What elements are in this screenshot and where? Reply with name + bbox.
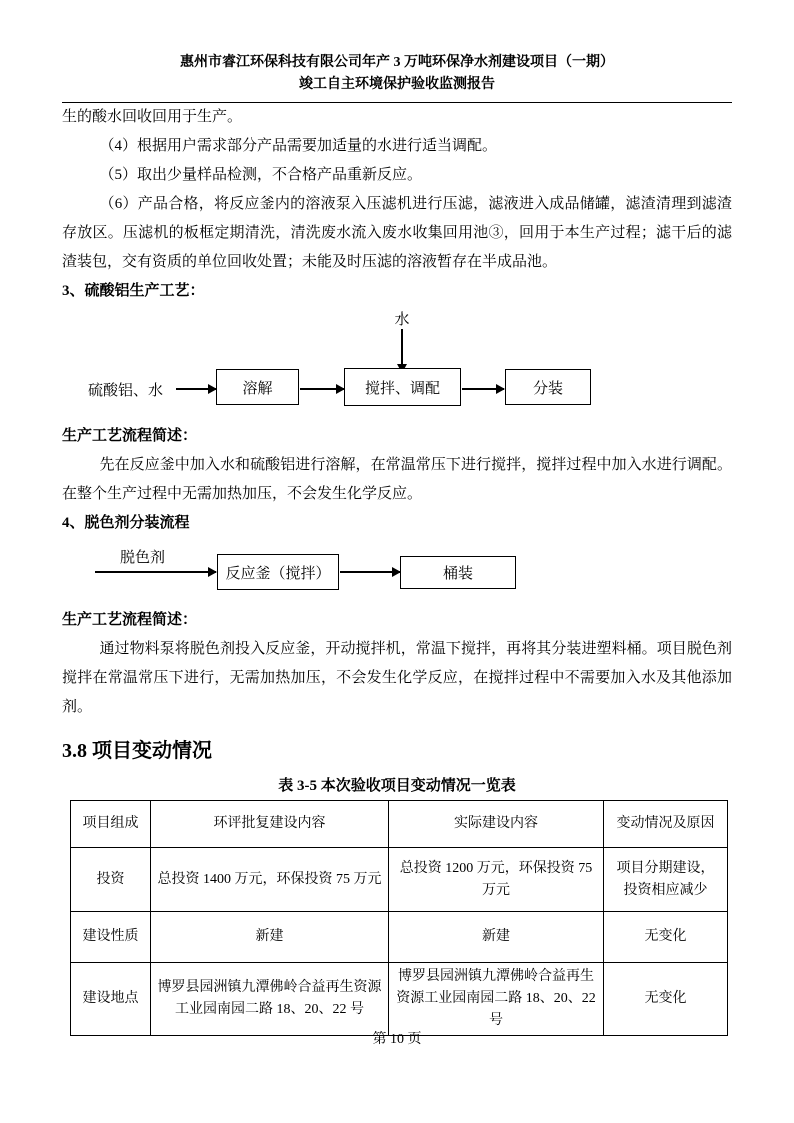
table-header-cell: 环评批复建设内容 [151,801,389,848]
paragraph-continuation: 生的酸水回收回用于生产。 [62,103,732,132]
right-arrow-icon [462,388,504,390]
flow-diagram-decolorizer: 脱色剂 反应釜（搅拌） 桶装 [62,546,732,604]
table-cell: 无变化 [604,912,728,963]
right-arrow-icon [340,571,400,573]
table-row: 建设地点 博罗县园洲镇九潭佛岭合益再生资源工业园南园二路 18、20、22 号 … [71,963,728,1036]
paragraph-item6: （6）产品合格，将反应釜内的溶液泵入压滤机进行压滤，滤液进入成品储罐，滤渣清理到… [62,190,732,277]
change-table: 项目组成 环评批复建设内容 实际建设内容 变动情况及原因 投资 总投资 1400… [70,800,728,1036]
paragraph-item4: （4）根据用户需求部分产品需要加适量的水进行适当调配。 [62,132,732,161]
process-brief-paragraph-2: 通过物料泵将脱色剂投入反应釜，开动搅拌机，常温下搅拌，再将其分装进塑料桶。项目脱… [62,635,732,722]
document-header: 惠州市睿江环保科技有限公司年产 3 万吨环保净水剂建设项目（一期） 竣工自主环境… [62,0,732,103]
table-header-row: 项目组成 环评批复建设内容 实际建设内容 变动情况及原因 [71,801,728,848]
flow-diagram-sulfate: 水 硫酸铝、水 溶解 搅拌、调配 分装 [62,308,732,412]
process-brief-label-1: 生产工艺流程简述： [62,422,732,451]
table-cell: 项目分期建设，投资相应减少 [604,848,728,912]
flow-box-reactor: 反应釜（搅拌） [217,554,339,590]
header-title-line1: 惠州市睿江环保科技有限公司年产 3 万吨环保净水剂建设项目（一期） [62,52,732,74]
flow-box-mix: 搅拌、调配 [344,368,461,406]
table-cell: 无变化 [604,963,728,1036]
table-caption: 表 3-5 本次验收项目变动情况一览表 [62,774,732,795]
flow-input-label: 脱色剂 [120,546,165,567]
table-row: 投资 总投资 1400 万元，环保投资 75 万元 总投资 1200 万元，环保… [71,848,728,912]
flow-box-barrel: 桶装 [400,556,516,589]
page-number: 第 10 页 [0,1028,794,1048]
table-cell: 投资 [71,848,151,912]
down-arrow-icon [401,329,403,365]
table-cell: 建设性质 [71,912,151,963]
table-row: 建设性质 新建 新建 无变化 [71,912,728,963]
table-header-cell: 项目组成 [71,801,151,848]
flow-box-dissolve: 溶解 [216,369,299,405]
table-header-cell: 变动情况及原因 [604,801,728,848]
table-cell: 新建 [389,912,604,963]
table-cell: 总投资 1200 万元，环保投资 75 万元 [389,848,604,912]
process-brief-paragraph-1: 先在反应釜中加入水和硫酸铝进行溶解，在常温常压下进行搅拌，搅拌过程中加入水进行调… [62,451,732,509]
table-cell: 博罗县园洲镇九潭佛岭合益再生资源工业园南园二路 18、20、22 号 [389,963,604,1036]
heading-sulfate-process: 3、硫酸铝生产工艺： [62,277,732,306]
paragraph-item5: （5）取出少量样品检测，不合格产品重新反应。 [62,161,732,190]
table-cell: 新建 [151,912,389,963]
section-heading-3-8: 3.8 项目变动情况 [62,736,732,766]
page-content: 惠州市睿江环保科技有限公司年产 3 万吨环保净水剂建设项目（一期） 竣工自主环境… [62,0,732,1036]
right-arrow-icon [176,388,216,390]
heading-decolorizer-process: 4、脱色剂分装流程 [62,509,732,538]
right-arrow-icon [95,571,216,573]
table-cell: 建设地点 [71,963,151,1036]
right-arrow-icon [300,388,344,390]
table-header-cell: 实际建设内容 [389,801,604,848]
process-brief-label-2: 生产工艺流程简述： [62,606,732,635]
flow-input-label: 硫酸铝、水 [88,379,163,400]
table-cell: 博罗县园洲镇九潭佛岭合益再生资源工业园南园二路 18、20、22 号 [151,963,389,1036]
document-page: 惠州市睿江环保科技有限公司年产 3 万吨环保净水剂建设项目（一期） 竣工自主环境… [0,0,794,1123]
header-title-line2: 竣工自主环境保护验收监测报告 [62,74,732,96]
table-cell: 总投资 1400 万元，环保投资 75 万元 [151,848,389,912]
flow-water-label: 水 [372,308,432,329]
flow-box-packaging: 分装 [505,369,591,405]
